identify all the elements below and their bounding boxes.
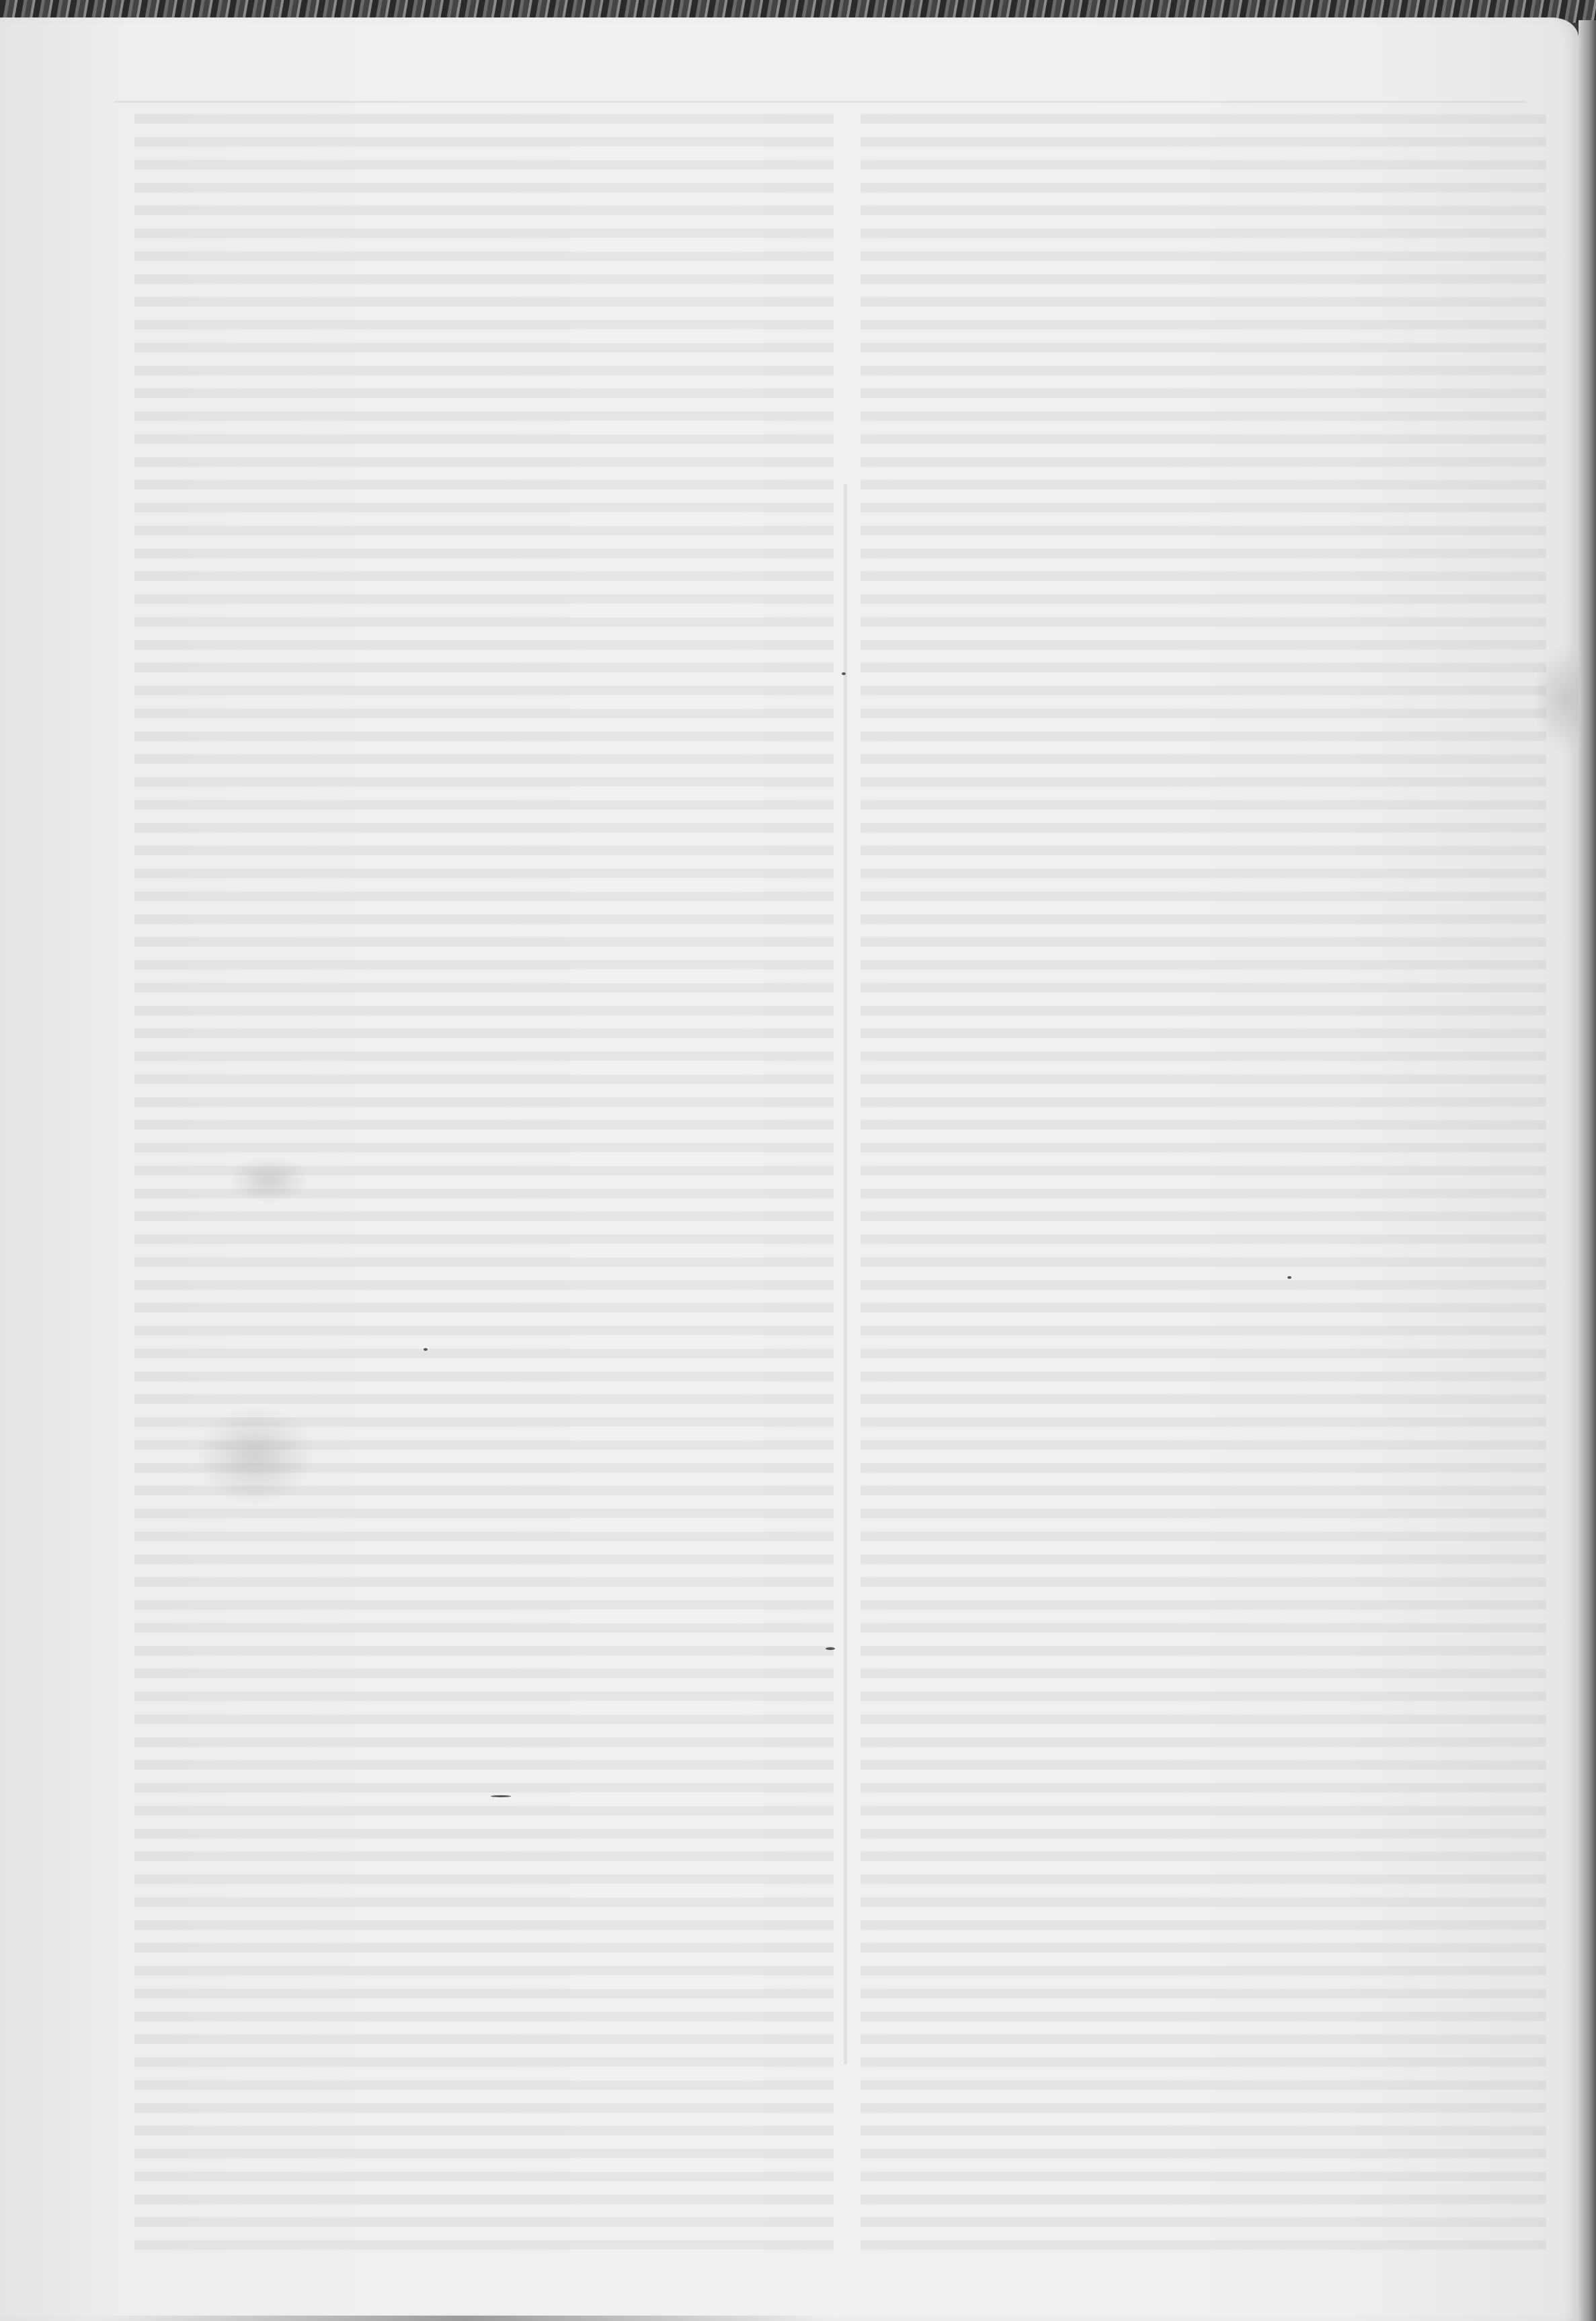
bleed-through-header-rule [114, 101, 1526, 103]
dust-speck [1287, 1276, 1291, 1279]
dust-speck [842, 672, 846, 675]
bleed-through-right-column [861, 114, 1546, 2252]
bleed-through-column-divider [844, 484, 847, 2064]
page-right-edge [1579, 20, 1596, 2321]
dust-speck [491, 1795, 511, 1797]
bottom-edge-smudge [94, 2316, 834, 2321]
paper-stain [195, 1405, 316, 1506]
paper-stain [229, 1156, 309, 1204]
page-description: Blank-looking scanned page showing faint… [0, 17, 1, 18]
dust-speck [424, 1348, 428, 1351]
dust-speck [826, 1647, 835, 1650]
